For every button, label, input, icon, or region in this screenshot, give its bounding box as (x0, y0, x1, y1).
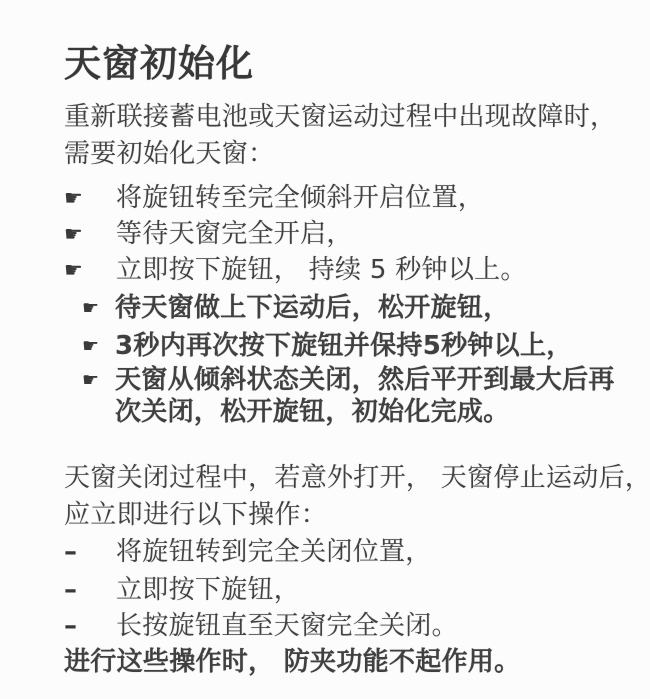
close-step-1: – 将旋钮转到完全关闭位置， (64, 534, 432, 570)
close-paragraph-line-2: 应立即进行以下操作： (64, 497, 327, 533)
init-substep-3: ☛ 天窗从倾斜状态关闭，然后平开到最大后再 (82, 362, 615, 398)
page-title: 天窗初始化 (64, 41, 254, 87)
pointing-hand-icon: ☛ (82, 290, 115, 326)
close-paragraph-line-1: 天窗关闭过程中，若意外打开， 天窗停止运动后， (64, 460, 650, 496)
dash-bullet-icon: – (64, 608, 116, 644)
init-step-3-text: 立即按下旋钮， 持续 5 秒钟以上。 (116, 252, 527, 288)
dash-bullet-icon: – (64, 572, 116, 608)
init-step-2: ☛ 等待天窗完全开启， (64, 216, 353, 252)
pointing-hand-icon: ☛ (82, 328, 115, 364)
close-step-3: – 长按旋钮直至天窗完全关闭。 (64, 608, 458, 644)
init-step-2-text: 等待天窗完全开启， (116, 216, 353, 252)
intro-paragraph-line-2: 需要初始化天窗： (64, 136, 274, 172)
init-substep-3-text-line-2: 次关闭，松开旋钮，初始化完成。 (115, 394, 510, 430)
close-step-1-text: 将旋钮转到完全关闭位置， (116, 534, 432, 570)
pointing-hand-icon: ☛ (82, 362, 115, 398)
close-step-2-text: 立即按下旋钮， (116, 572, 300, 608)
pointing-hand-icon: ☛ (64, 216, 116, 252)
pointing-hand-icon: ☛ (64, 252, 116, 288)
manual-page-sunroof-initialization: 天窗初始化 重新联接蓄电池或天窗运动过程中出现故障时， 需要初始化天窗： ☛ 将… (0, 0, 650, 699)
init-step-3: ☛ 立即按下旋钮， 持续 5 秒钟以上。 (64, 252, 527, 288)
close-step-3-text: 长按旋钮直至天窗完全关闭。 (116, 608, 458, 644)
intro-paragraph-line-1: 重新联接蓄电池或天窗运动过程中出现故障时， (64, 99, 616, 135)
init-substep-3-text-line-1: 天窗从倾斜状态关闭，然后平开到最大后再 (115, 362, 615, 398)
init-substep-2: ☛ 3秒内再次按下旋钮并保持5秒钟以上， (82, 328, 573, 364)
init-step-1: ☛ 将旋钮转至完全倾斜开启位置， (64, 180, 484, 216)
init-substep-2-text: 3秒内再次按下旋钮并保持5秒钟以上， (115, 328, 573, 364)
init-substep-1: ☛ 待天窗做上下运动后，松开旋钮， (82, 290, 510, 326)
init-substep-1-text: 待天窗做上下运动后，松开旋钮， (115, 290, 510, 326)
anti-pinch-warning: 进行这些操作时， 防夹功能不起作用。 (64, 644, 520, 680)
close-step-2: – 立即按下旋钮， (64, 572, 300, 608)
init-step-1-text: 将旋钮转至完全倾斜开启位置， (116, 180, 484, 216)
pointing-hand-icon: ☛ (64, 180, 116, 216)
dash-bullet-icon: – (64, 534, 116, 570)
